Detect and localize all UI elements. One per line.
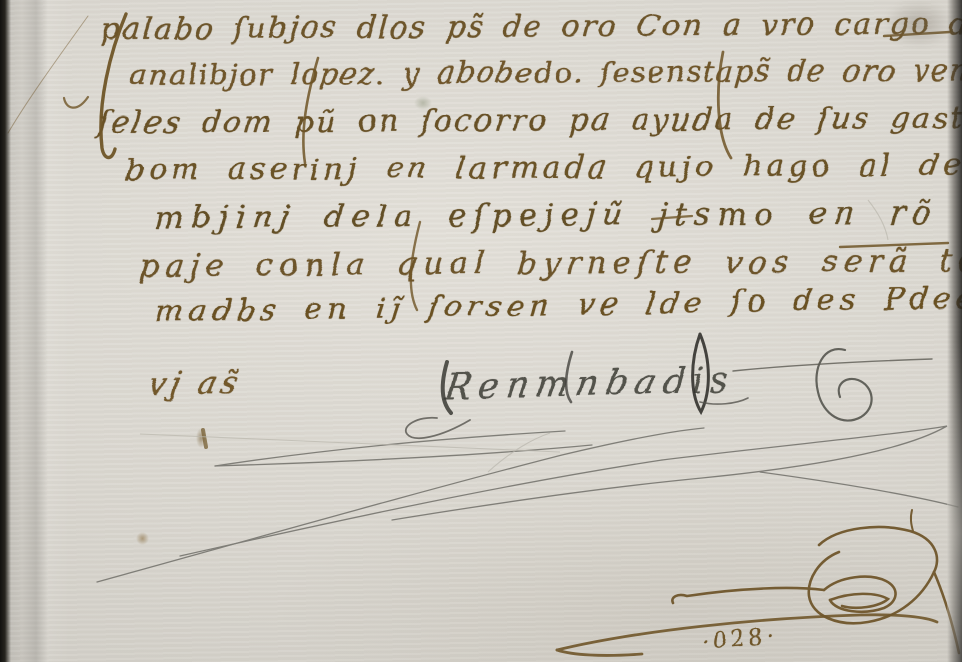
paper-crease-line	[140, 200, 888, 472]
scan-edge-right-fade	[947, 340, 962, 662]
scan-edge-left	[0, 0, 11, 662]
manuscript-scan: palabo ſubjos dlos ps̃ de oro Con a vro …	[0, 0, 962, 662]
long-oval-paraph	[557, 615, 937, 656]
corner-smudge	[884, 0, 954, 48]
signature-paraph-strokes	[406, 334, 932, 438]
calligraphic-initial-stroke	[8, 14, 950, 447]
spiral-paraph	[672, 510, 959, 653]
pen-flourishes-layer	[0, 0, 962, 662]
